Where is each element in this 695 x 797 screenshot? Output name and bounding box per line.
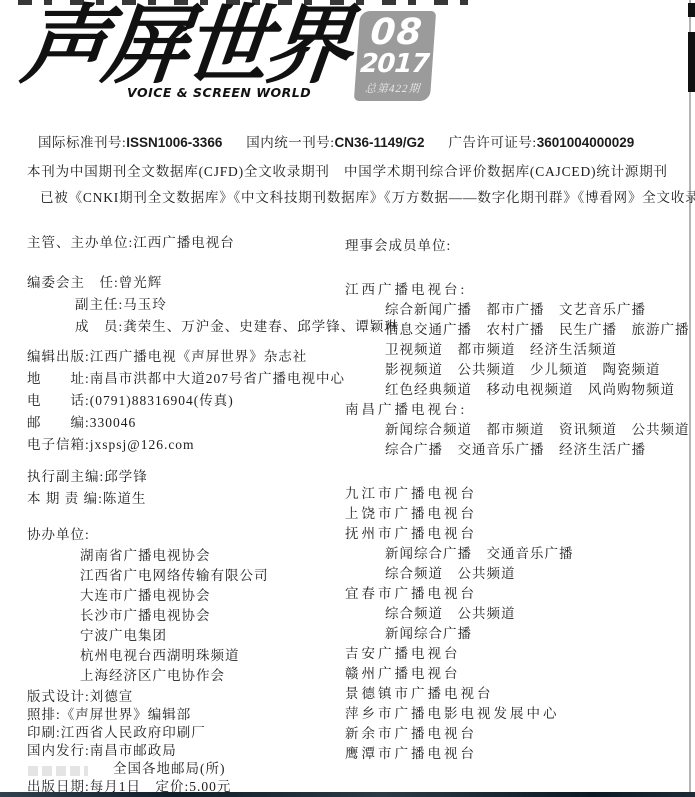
- council-channel-row: 新闻综合频道 都市频道 资讯频道 公共频道: [345, 420, 680, 440]
- coorganizer-item: 江西省广电网络传输有限公司: [27, 566, 342, 586]
- typesetting-line: 照排:《声屏世界》编辑部: [27, 706, 342, 724]
- council-channel-row: 影视频道 公共频道 少儿频道 陶瓷频道: [345, 360, 680, 380]
- printing-line: 印刷:江西省人民政府印刷厂: [27, 724, 342, 742]
- council-station-row: 萍乡市广播电影电视发展中心: [345, 704, 680, 724]
- council-station-row: 吉安广播电视台: [345, 644, 680, 664]
- council-station-row: 宜春市广播电视台: [345, 584, 680, 604]
- postcode-line: 邮 编:330046: [27, 412, 342, 434]
- ad-license-label: 广告许可证号:: [448, 135, 536, 150]
- committee-chair-line: 编委会主 任:曾光辉: [27, 272, 342, 294]
- coorganizer-item: 大连市广播电视协会: [27, 586, 342, 606]
- ad-license-value: 3601004000029: [537, 135, 635, 150]
- address-line: 地 址:南昌市洪都中大道207号省广播电视中心: [27, 368, 342, 390]
- faded-print-artifact: [28, 766, 88, 776]
- council-channel-row: 综合频道 公共频道: [345, 564, 680, 584]
- coorganizer-item: 湖南省广播电视协会: [27, 546, 342, 566]
- issue-editor-line: 本 期 责 编:陈道生: [27, 488, 342, 510]
- issn-label: 国际标准刊号:: [38, 135, 126, 150]
- publication-codes: 国际标准刊号:ISSN1006-3366 国内统一刊号:CN36-1149/G2…: [38, 131, 654, 151]
- bottom-scan-edge: [0, 792, 695, 797]
- council-channel-row: 新闻综合广播 交通音乐广播: [345, 544, 680, 564]
- issue-badge: 08 2017 总第422期: [354, 11, 436, 101]
- council-channel-row: 信息交通广播 农村广播 民生广播 旅游广播: [345, 320, 680, 340]
- coorganizer-item: 宁波广电集团: [27, 626, 342, 646]
- council-station-row: 江西广播电视台:: [345, 280, 680, 300]
- database-indexing-line-1: 本刊为中国期刊全文数据库(CJFD)全文收录期刊 中国学术期刊综合评价数据库(C…: [27, 160, 668, 180]
- cn-number-value: CN36-1149/G2: [334, 135, 424, 150]
- coorganizer-item: 杭州电视台西湖明珠频道: [27, 646, 342, 666]
- coorganizer-item: 上海经济区广电协作会: [27, 666, 342, 686]
- database-indexing-line-2: 已被《CNKI期刊全文数据库》《中文科技期刊数据库》《万方数据——数字化期刊群》…: [40, 186, 695, 206]
- council-station-row: 抚州市广播电视台: [345, 524, 680, 544]
- committee-vice-chair-line: 副主任:马玉玲: [27, 294, 342, 316]
- council-channel-row: 综合广播 交通音乐广播 经济生活广播: [345, 440, 680, 460]
- distribution-line: 国内发行:南昌市邮政局: [27, 742, 342, 760]
- council-station-row: 南昌广播电视台:: [345, 400, 680, 420]
- council-members-column: 理事会成员单位: 江西广播电视台: 综合新闻广播 都市广播 文艺音乐广播 信息交…: [345, 236, 680, 764]
- issn-value: ISSN1006-3366: [126, 135, 222, 150]
- executive-editor-line: 执行副主编:邱学锋: [27, 466, 342, 488]
- cn-number-pair: 国内统一刊号:CN36-1149/G2: [246, 135, 424, 150]
- magazine-logo-english: VOICE & SCREEN WORLD: [127, 85, 311, 100]
- council-station-row: 九江市广播电视台: [345, 484, 680, 504]
- ad-license-pair: 广告许可证号:3601004000029: [448, 135, 634, 150]
- supervisor-line: 主管、主办单位:江西广播电视台: [27, 232, 342, 254]
- committee-members-line: 成 员:龚荣生、万沪金、史建春、邱学锋、谭颖琳: [27, 316, 342, 338]
- issue-year: 2017: [355, 51, 433, 78]
- magazine-copyright-page: 声屏世界 VOICE & SCREEN WORLD 08 2017 总第422期…: [0, 0, 695, 797]
- total-issue-number: 总第422期: [354, 82, 431, 96]
- council-channel-row: 新闻综合广播: [345, 624, 680, 644]
- page-right-rule: [689, 0, 691, 797]
- publisher-line: 编辑出版:江西广播电视《声屏世界》杂志社: [27, 346, 342, 368]
- issn-pair: 国际标准刊号:ISSN1006-3366: [38, 135, 222, 150]
- council-station-row: 赣州广播电视台: [345, 664, 680, 684]
- cn-number-label: 国内统一刊号:: [246, 135, 334, 150]
- council-station-row: 景德镇市广播电视台: [345, 684, 680, 704]
- council-station-row: 新余市广播电视台: [345, 724, 680, 744]
- council-station-row: 鹰潭市广播电视台: [345, 744, 680, 764]
- coorganizers-title: 协办单位:: [27, 524, 342, 546]
- layout-design-line: 版式设计:刘德宣: [27, 688, 342, 706]
- council-channel-row: 卫视频道 都市频道 经济生活频道: [345, 340, 680, 360]
- council-channel-row: 综合新闻广播 都市广播 文艺音乐广播: [345, 300, 680, 320]
- council-station-row: 上饶市广播电视台: [345, 504, 680, 524]
- issue-number: 08: [357, 14, 436, 51]
- edge-crop-mark-top: [688, 3, 695, 17]
- publication-info-column: 主管、主办单位:江西广播电视台 编委会主 任:曾光辉 副主任:马玉玲 成 员:龚…: [27, 232, 342, 796]
- council-title: 理事会成员单位:: [345, 236, 680, 256]
- coorganizer-item: 长沙市广播电视协会: [27, 606, 342, 626]
- email-line: 电子信箱:jxspsj@126.com: [27, 434, 342, 456]
- council-channel-row: 综合频道 公共频道: [345, 604, 680, 624]
- edge-crop-mark-upper: [688, 32, 695, 92]
- phone-line: 电 话:(0791)88316904(传真): [27, 390, 342, 412]
- council-channel-row: 红色经典频道 移动电视频道 风尚购物频道: [345, 380, 680, 400]
